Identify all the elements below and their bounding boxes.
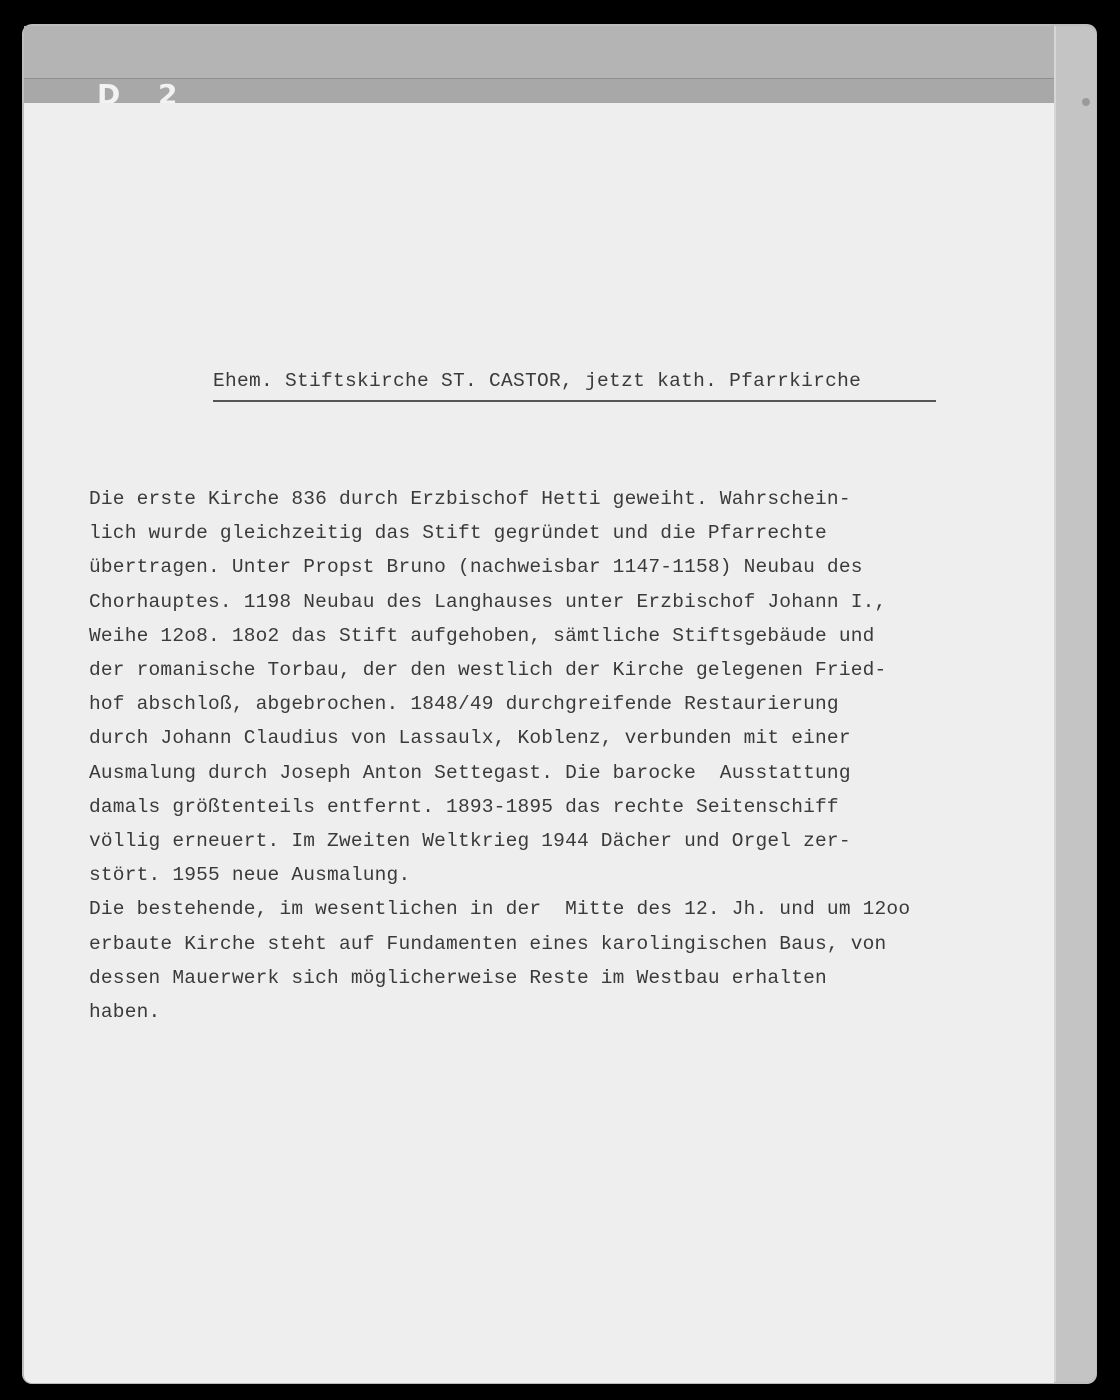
card-top-band: [24, 26, 1054, 78]
document-body: Die erste Kirche 836 durch Erzbischof He…: [89, 482, 1049, 1029]
body-line: lich wurde gleichzeitig das Stift gegrün…: [89, 516, 1049, 550]
body-line: übertragen. Unter Propst Bruno (nachweis…: [89, 550, 1049, 584]
body-line: erbaute Kirche steht auf Fundamenten ein…: [89, 927, 1049, 961]
body-line: Weihe 12o8. 18o2 das Stift aufgehoben, s…: [89, 619, 1049, 653]
body-line: völlig erneuert. Im Zweiten Weltkrieg 19…: [89, 824, 1049, 858]
body-line: Chorhauptes. 1198 Neubau des Langhauses …: [89, 585, 1049, 619]
punch-hole-icon: [1082, 98, 1090, 106]
heading-underline: Ehem. Stiftskirche ST. CASTOR, jetzt kat…: [213, 370, 936, 402]
body-line: haben.: [89, 995, 1049, 1029]
document-heading: Ehem. Stiftskirche ST. CASTOR, jetzt kat…: [213, 370, 936, 392]
card-right-edge: [1054, 26, 1096, 1382]
body-line: Die bestehende, im wesentlichen in der M…: [89, 892, 1049, 926]
body-line: Ausmalung durch Joseph Anton Settegast. …: [89, 756, 1049, 790]
body-line: Die erste Kirche 836 durch Erzbischof He…: [89, 482, 1049, 516]
body-line: hof abschloß, abgebrochen. 1848/49 durch…: [89, 687, 1049, 721]
body-line: dessen Mauerwerk sich möglicherweise Res…: [89, 961, 1049, 995]
body-line: stört. 1955 neue Ausmalung.: [89, 858, 1049, 892]
body-line: der romanische Torbau, der den westlich …: [89, 653, 1049, 687]
body-line: damals größtenteils entfernt. 1893-1895 …: [89, 790, 1049, 824]
body-line: durch Johann Claudius von Lassaulx, Kobl…: [89, 721, 1049, 755]
